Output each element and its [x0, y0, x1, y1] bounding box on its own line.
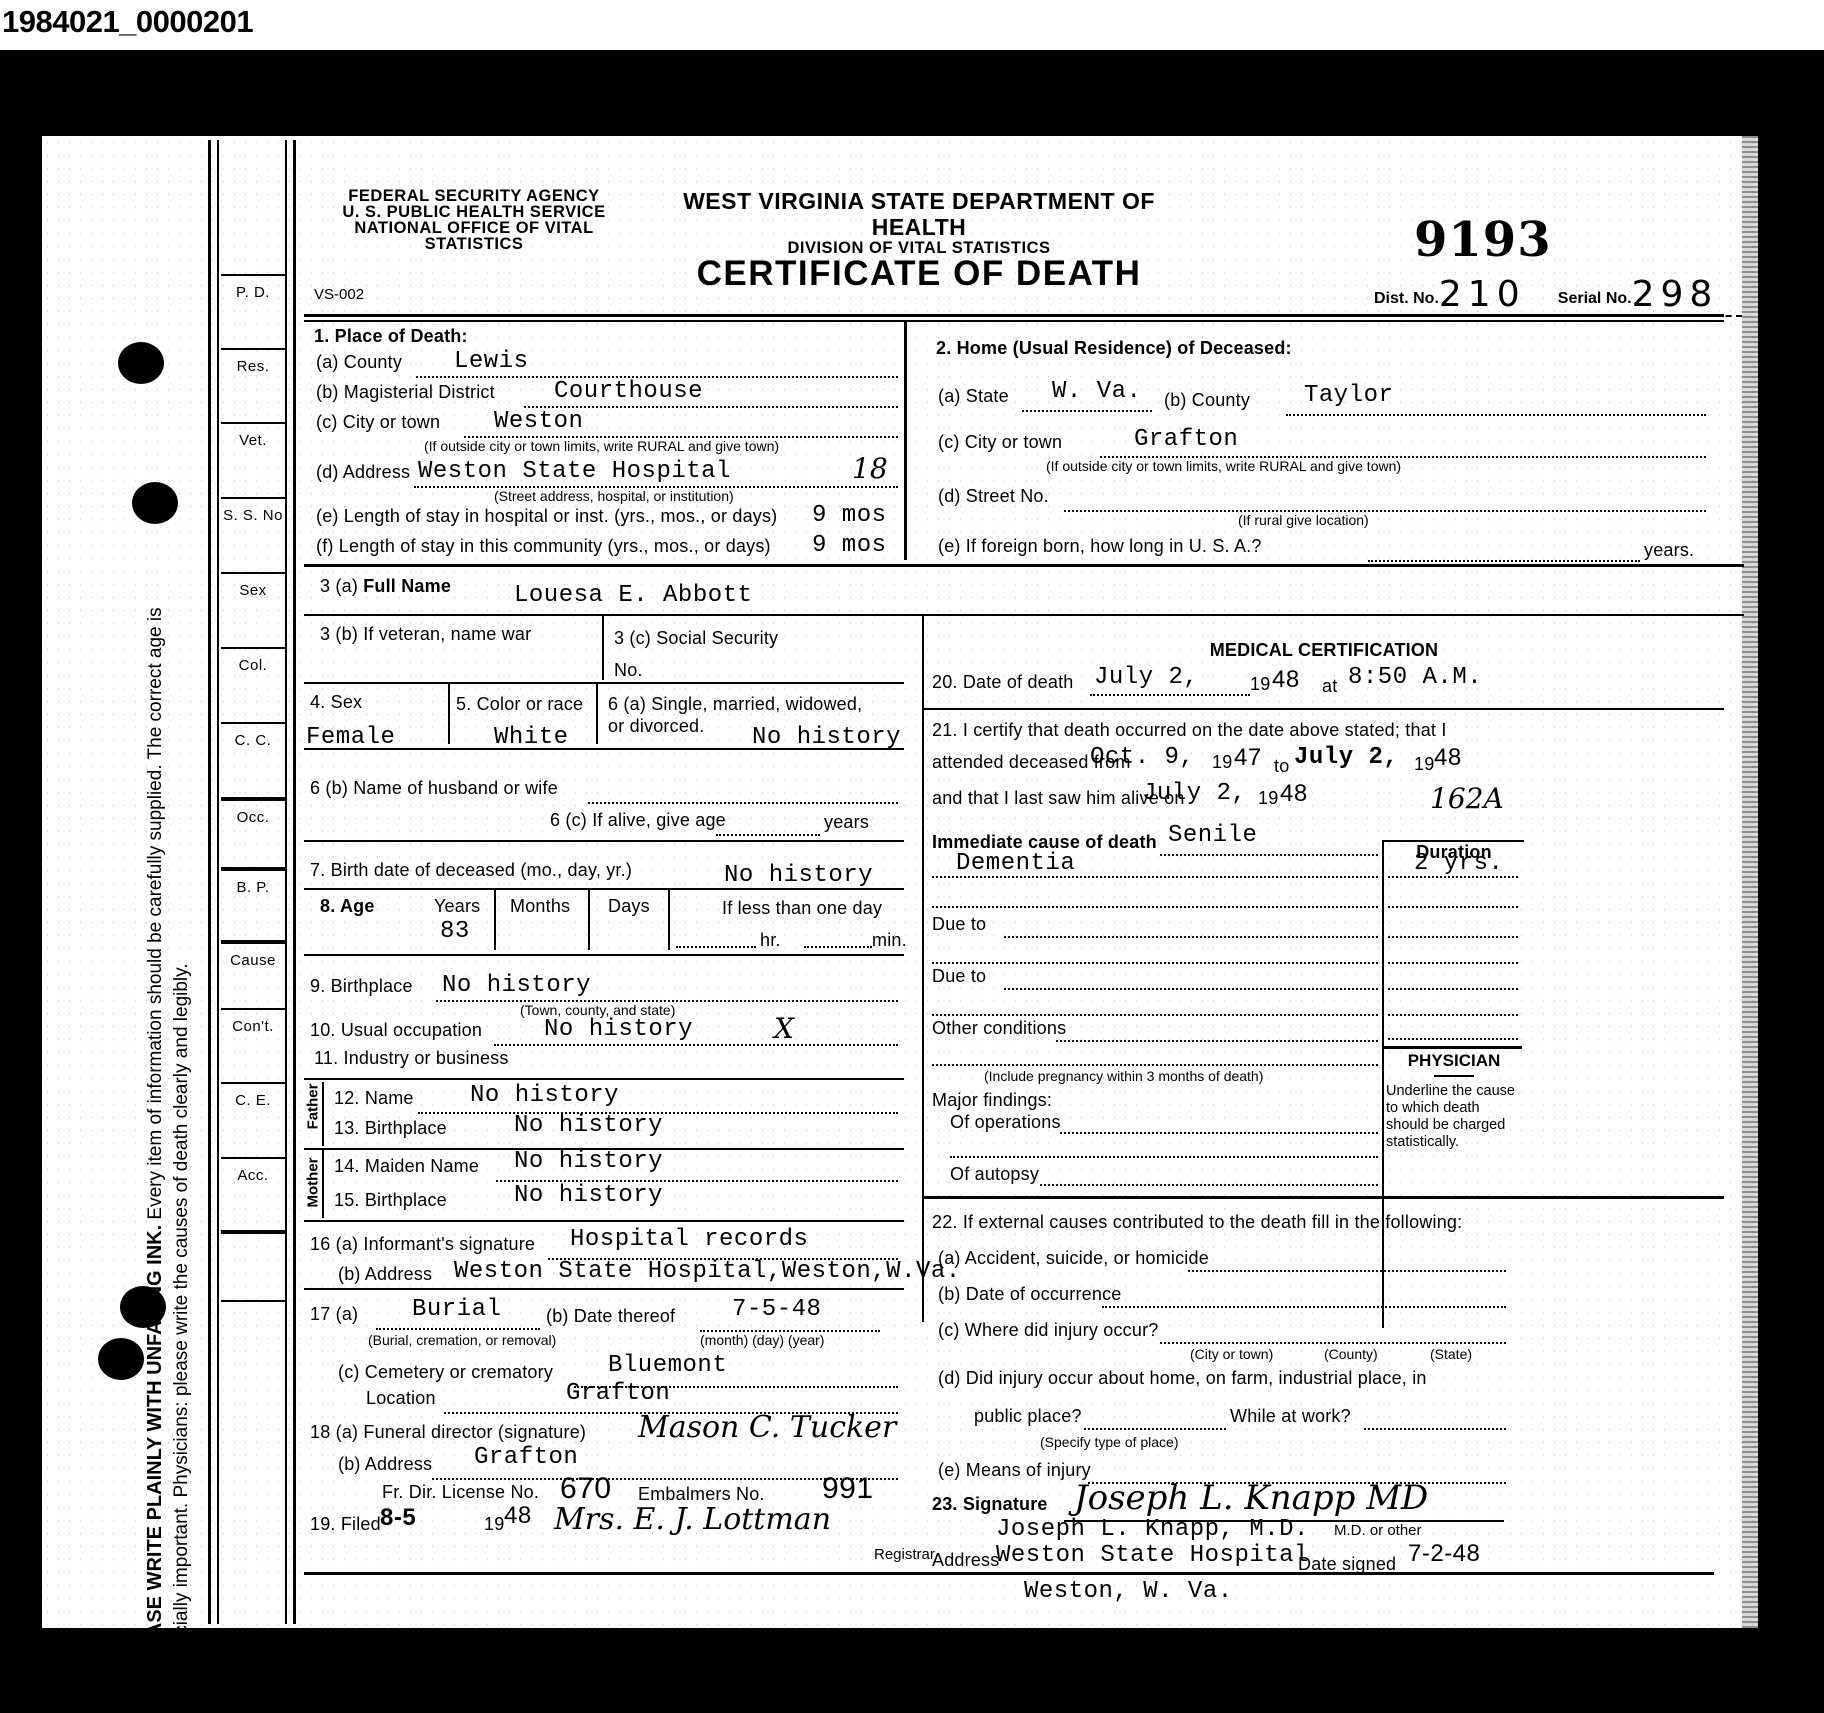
dist-serial-line: Dist. No.210 Serial No.298 — [1374, 274, 1742, 317]
sex-label: 4. Sex — [310, 692, 362, 713]
burial-date-note: (month) (day) (year) — [700, 1332, 824, 1348]
street-label: (d) Street No. — [938, 486, 1049, 507]
occurrence-date-label: (b) Date of occurrence — [938, 1284, 1121, 1305]
autopsy-label: Of autopsy — [950, 1164, 1039, 1185]
death-time: 8:50 A.M. — [1348, 664, 1482, 691]
father-name-label: 12. Name — [334, 1088, 414, 1109]
years-label: Years — [434, 896, 480, 917]
certifier-signature: Joseph L. Knapp MD — [1074, 1478, 1428, 1518]
work-label: While at work? — [1230, 1406, 1351, 1427]
death-county: Lewis — [454, 348, 529, 375]
physician-rule — [1384, 1046, 1522, 1049]
city-note: (If outside city or town limits, write R… — [424, 438, 779, 454]
duration-line — [1388, 988, 1518, 990]
embalmer-number: 991 — [822, 1472, 874, 1506]
where-label: (c) Where did injury occur? — [938, 1320, 1158, 1341]
disposition-line — [376, 1328, 540, 1330]
stay-community: 9 mos — [812, 532, 887, 559]
autopsy-line — [1040, 1184, 1378, 1186]
punch-hole-icon — [120, 1286, 166, 1328]
attended-to: July 2, — [1294, 744, 1398, 771]
ss-no-label: No. — [614, 660, 643, 681]
father-birthplace-label: 13. Birthplace — [334, 1118, 447, 1139]
cause-line — [1160, 854, 1378, 856]
section-rule — [304, 1078, 904, 1080]
file-id-bar: 1984021_0000201 — [0, 0, 1824, 50]
district-label: (b) Magisterial District — [316, 382, 495, 403]
registrar-signature: Mrs. E. J. Lottman — [554, 1502, 831, 1537]
other-conditions-line — [932, 1064, 1378, 1066]
operations-label: Of operations — [950, 1112, 1061, 1133]
stay-community-label: (f) Length of stay in this community (yr… — [316, 536, 771, 557]
instruction-line1: Every item of information should be care… — [145, 607, 166, 1219]
industry-label: 11. Industry or business — [314, 1048, 509, 1069]
section-rule — [304, 888, 904, 890]
father-side-label: Father — [304, 1084, 321, 1130]
address-mark: 18 — [852, 452, 888, 485]
cause-line — [932, 906, 1378, 908]
foreign-line — [1368, 560, 1640, 562]
city-label: (c) City or town — [316, 412, 440, 433]
other-conditions-label: Other conditions — [932, 1018, 1066, 1039]
duration-line — [1388, 962, 1518, 964]
duration-value: 2 yrs. — [1414, 850, 1503, 877]
home-city-label: (c) City or town — [938, 432, 1062, 453]
means-label: (e) Means of injury — [938, 1460, 1091, 1481]
home-county-line — [1286, 414, 1706, 416]
code-note: 162A — [1430, 782, 1504, 815]
license-label: Fr. Dir. License No. — [382, 1482, 539, 1503]
full-name-label: 3 (a) Full Name — [320, 576, 451, 597]
where-line — [1160, 1342, 1506, 1344]
death-year: 48 — [1272, 666, 1300, 694]
pregnancy-note: (Include pregnancy within 3 months of de… — [984, 1068, 1263, 1084]
column-divider — [922, 616, 924, 1322]
code-bp: B. P. — [221, 867, 285, 896]
code-ce: C. E. — [221, 1082, 285, 1109]
informant-signature: Hospital records — [570, 1226, 808, 1253]
code-pd: P. D. — [221, 274, 285, 301]
immediate-cause-line2: Dementia — [956, 850, 1075, 877]
min-label: min. — [872, 930, 907, 951]
burial-location: Grafton — [566, 1380, 670, 1407]
code-vet: Vet. — [221, 422, 285, 449]
code-res: Res. — [221, 348, 285, 375]
home-city-note: (If outside city or town limits, write R… — [1046, 458, 1401, 474]
work-line — [1364, 1428, 1506, 1430]
attended-from-prefix: 19 — [1212, 752, 1232, 773]
birth-date-label: 7. Birth date of deceased (mo., day, yr.… — [310, 860, 632, 881]
foreign-suffix: years. — [1644, 540, 1694, 561]
due-to-label-2: Due to — [932, 966, 986, 987]
address-note: (Street address, hospital, or institutio… — [494, 488, 734, 504]
duration-line — [1388, 906, 1518, 908]
punch-hole-icon — [118, 342, 164, 384]
code-cause: Cause — [221, 940, 285, 969]
place-label-1: (d) Did injury occur about home, on farm… — [938, 1368, 1427, 1389]
death-date: July 2, — [1094, 664, 1198, 691]
registration-number: 9193 — [1414, 212, 1552, 268]
attended-from: Oct. 9, — [1090, 744, 1194, 771]
punch-hole-icon — [132, 482, 178, 524]
registrar-label: Registrar. — [874, 1546, 938, 1563]
serial-value: 298 — [1632, 274, 1719, 315]
cemetery: Bluemont — [608, 1352, 727, 1379]
filed-date: 8-5 — [380, 1504, 416, 1532]
attended-to-prefix: 19 — [1414, 754, 1434, 775]
days-label: Days — [608, 896, 650, 917]
column-divider — [588, 890, 590, 950]
race-label: 5. Color or race — [456, 694, 583, 715]
street-line — [1064, 510, 1706, 512]
foreign-label: (e) If foreign born, how long in U. S. A… — [938, 536, 1262, 557]
accident-label: (a) Accident, suicide, or homicide — [938, 1248, 1209, 1269]
column-divider — [602, 616, 604, 680]
due-to-line — [932, 1014, 1378, 1016]
code-cont: Con't. — [221, 1008, 285, 1035]
certifier-address-line1: Weston State Hospital — [996, 1542, 1309, 1569]
duration-line — [1388, 936, 1518, 938]
death-address: Weston State Hospital — [418, 458, 731, 485]
section-rule — [304, 1220, 904, 1222]
state-department: WEST VIRGINIA STATE DEPARTMENT OF HEALTH — [644, 188, 1194, 240]
code-ss: S. S. No — [221, 497, 285, 524]
duration-line — [1388, 1014, 1518, 1016]
federal-agency-block: FEDERAL SECURITY AGENCY U. S. PUBLIC HEA… — [304, 188, 644, 252]
federal-line: NATIONAL OFFICE OF VITAL STATISTICS — [304, 220, 644, 252]
death-date-line — [1090, 694, 1250, 696]
death-district: Courthouse — [554, 378, 703, 405]
birth-date: No history — [724, 862, 873, 889]
last-saw: July 2, — [1142, 780, 1246, 807]
physician-instruction: Underline the cause to which death shoul… — [1386, 1083, 1522, 1151]
accident-line — [1188, 1270, 1506, 1272]
certify-line: 21. I certify that death occurred on the… — [932, 720, 1447, 741]
spouse-line — [588, 802, 898, 804]
column-divider — [448, 684, 450, 744]
hr-line — [676, 946, 756, 948]
funeral-director-signature: Mason C. Tucker — [638, 1410, 896, 1445]
license-number: 670 — [560, 1472, 612, 1506]
funeral-address-label: (b) Address — [338, 1454, 432, 1475]
home-state-line — [1022, 410, 1152, 412]
bottom-rule — [304, 1572, 1714, 1575]
parent-bracket — [322, 1150, 324, 1218]
spouse-age-line — [716, 834, 820, 836]
filed-year: 48 — [504, 1502, 532, 1530]
mother-birthplace-label: 15. Birthplace — [334, 1190, 447, 1211]
mother-maiden: No history — [514, 1148, 663, 1175]
occupation-line — [494, 1044, 898, 1046]
street-note: (If rural give location) — [1238, 512, 1369, 528]
certificate-title: CERTIFICATE OF DEATH — [644, 254, 1194, 294]
place-line — [1084, 1428, 1226, 1430]
marital-label-1: 6 (a) Single, married, widowed, — [608, 694, 862, 715]
occupation-mark: X — [774, 1012, 794, 1045]
code-col: Col. — [221, 647, 285, 674]
informant-address: Weston State Hospital,Weston,W.Va. — [454, 1258, 961, 1285]
at-label: at — [1322, 676, 1337, 697]
margin-instructions: PLEASE WRITE PLAINLY WITH UNFADING INK. … — [142, 376, 195, 1676]
punch-hole-icon — [98, 1338, 144, 1380]
marital-label-2: or divorced. — [608, 716, 704, 737]
full-name: Louesa E. Abbott — [514, 582, 752, 609]
burial-date-label: (b) Date thereof — [546, 1306, 675, 1327]
duration-divider — [1382, 840, 1384, 1328]
burial-date: 7-5-48 — [732, 1296, 821, 1323]
certifier-signature-label: 23. Signature — [932, 1494, 1048, 1515]
last-saw-prefix: 19 — [1258, 788, 1278, 809]
father-birthplace: No history — [514, 1112, 663, 1139]
paper-edge — [1742, 136, 1758, 1628]
header-rule — [304, 314, 1724, 317]
hr-label: hr. — [760, 930, 781, 951]
stay-hospital-label: (e) Length of stay in hospital or inst. … — [316, 506, 777, 527]
date-signed: 7-2-48 — [1408, 1540, 1480, 1568]
dist-value: 210 — [1439, 274, 1526, 315]
certifier-typed-name: Joseph L. Knapp, M.D. — [996, 1516, 1309, 1543]
informant-signature-label: 16 (a) Informant's signature — [310, 1234, 535, 1255]
operations-line — [1060, 1132, 1378, 1134]
md-label: M.D. or other — [1334, 1522, 1422, 1539]
serial-label: Serial No. — [1558, 290, 1632, 307]
race-value: White — [494, 724, 569, 751]
home-city: Grafton — [1134, 426, 1238, 453]
home-county: Taylor — [1304, 382, 1393, 409]
form-number: VS-002 — [314, 286, 364, 303]
column-divider — [596, 684, 598, 744]
certifier-address-label: Address — [932, 1550, 999, 1571]
certifier-address-line2: Weston, W. Va. — [1024, 1578, 1233, 1605]
where-note-state: (State) — [1430, 1346, 1472, 1362]
code-blank — [221, 1300, 285, 1310]
stay-hospital: 9 mos — [812, 502, 887, 529]
occurrence-date-line — [1102, 1306, 1506, 1308]
file-id: 1984021_0000201 — [2, 4, 253, 40]
code-occ: Occ. — [221, 797, 285, 826]
filed-label: 19. Filed — [310, 1514, 381, 1535]
filed-year-prefix: 19 — [484, 1514, 504, 1535]
home-county-label: (b) County — [1164, 390, 1250, 411]
location-label: Location — [366, 1388, 436, 1409]
section-rule — [304, 954, 904, 956]
place-label-2: public place? — [974, 1406, 1082, 1427]
dist-label: Dist. No. — [1374, 290, 1439, 307]
less-than-day-label: If less than one day — [722, 898, 882, 919]
death-city: Weston — [494, 408, 583, 435]
min-line — [804, 946, 872, 948]
certificate-form: FEDERAL SECURITY AGENCY U. S. PUBLIC HEA… — [304, 136, 1744, 1626]
due-to-label-1: Due to — [932, 914, 986, 935]
parent-bracket — [322, 1082, 324, 1146]
disposition: Burial — [412, 1296, 501, 1323]
where-note-county: (County) — [1324, 1346, 1378, 1362]
death-date-label: 20. Date of death — [932, 672, 1074, 693]
home-state-label: (a) State — [938, 386, 1009, 407]
section-rule — [304, 1288, 904, 1290]
cause-line — [932, 876, 1378, 878]
marital-value: No history — [752, 724, 901, 751]
age-label: 8. Age — [320, 896, 375, 917]
external-heading: 22. If external causes contributed to th… — [932, 1212, 1462, 1233]
other-conditions-line — [1056, 1040, 1378, 1042]
section-rule — [304, 682, 904, 684]
code-acc: Acc. — [221, 1157, 285, 1184]
where-note-city: (City or town) — [1190, 1346, 1273, 1362]
duration-line — [1388, 876, 1518, 878]
attended-to-year: 48 — [1434, 744, 1462, 772]
immediate-cause-line1: Senile — [1168, 822, 1257, 849]
occupation: No history — [544, 1016, 693, 1043]
coding-column: P. D. Res. Vet. S. S. No Sex Col. C. C. … — [208, 140, 296, 1624]
section-rule — [304, 748, 904, 750]
section-rule — [924, 1196, 1724, 1199]
code-blank — [221, 1230, 285, 1242]
federal-line: U. S. PUBLIC HEALTH SERVICE — [304, 204, 644, 220]
attended-from-year: 47 — [1234, 744, 1262, 772]
section-rule — [304, 614, 1744, 616]
last-saw-year: 48 — [1280, 780, 1308, 808]
column-divider — [494, 890, 496, 950]
occupation-label: 10. Usual occupation — [310, 1020, 482, 1041]
section-rule — [304, 840, 904, 842]
section-rule — [304, 564, 1744, 567]
months-label: Months — [510, 896, 570, 917]
mother-maiden-label: 14. Maiden Name — [334, 1156, 479, 1177]
informant-address-label: (b) Address — [338, 1264, 432, 1285]
veteran-label: 3 (b) If veteran, name war — [320, 624, 531, 645]
disposition-label: 17 (a) — [310, 1304, 358, 1325]
sex-value: Female — [306, 724, 395, 751]
ss-label: 3 (c) Social Security — [614, 628, 778, 649]
spouse-age-label: 6 (c) If alive, give age — [550, 810, 726, 831]
death-certificate: PLEASE WRITE PLAINLY WITH UNFADING INK. … — [42, 136, 1758, 1628]
father-name: No history — [470, 1082, 619, 1109]
duration-line — [1388, 1038, 1518, 1040]
to-label: to — [1274, 756, 1289, 777]
column-divider — [904, 322, 907, 560]
header-rule — [304, 320, 1724, 322]
birthplace-label: 9. Birthplace — [310, 976, 413, 997]
operations-line — [950, 1156, 1378, 1158]
birthplace: No history — [442, 972, 591, 999]
section-rule — [924, 708, 1724, 710]
due-to-line — [932, 962, 1378, 964]
mother-birthplace: No history — [514, 1182, 663, 1209]
death-year-prefix: 19 — [1250, 674, 1270, 695]
disposition-note: (Burial, cremation, or removal) — [368, 1332, 556, 1348]
physician-note: PHYSICIAN Underline the cause to which d… — [1386, 1052, 1522, 1151]
mother-side-label: Mother — [305, 1158, 322, 1208]
due-to-line — [1004, 936, 1378, 938]
spouse-label: 6 (b) Name of husband or wife — [310, 778, 558, 799]
place-note: (Specify type of place) — [1040, 1434, 1179, 1450]
address-label: (d) Address — [316, 462, 410, 483]
funeral-address: Grafton — [474, 1444, 578, 1471]
county-label: (a) County — [316, 352, 402, 373]
code-sex: Sex — [221, 572, 285, 599]
home-state: W. Va. — [1052, 378, 1141, 405]
funeral-director-label: 18 (a) Funeral director (signature) — [310, 1422, 586, 1443]
place-of-death-heading: 1. Place of Death: — [314, 326, 468, 347]
state-agency-block: WEST VIRGINIA STATE DEPARTMENT OF HEALTH… — [644, 188, 1194, 256]
code-cc: C. C. — [221, 722, 285, 749]
medical-heading: MEDICAL CERTIFICATION — [924, 640, 1724, 661]
physician-heading: PHYSICIAN — [1386, 1052, 1522, 1069]
federal-line: FEDERAL SECURITY AGENCY — [304, 188, 644, 204]
spouse-age-suffix: years — [824, 812, 869, 833]
age-years: 83 — [440, 918, 470, 945]
column-divider — [668, 890, 670, 950]
instruction-line2: especially important. Physicians: please… — [169, 376, 195, 1676]
due-to-line — [1004, 988, 1378, 990]
home-heading: 2. Home (Usual Residence) of Deceased: — [936, 338, 1292, 359]
major-findings-label: Major findings: — [932, 1090, 1052, 1111]
date-signed-label: Date signed — [1298, 1554, 1396, 1575]
cemetery-label: (c) Cemetery or crematory — [338, 1362, 553, 1383]
